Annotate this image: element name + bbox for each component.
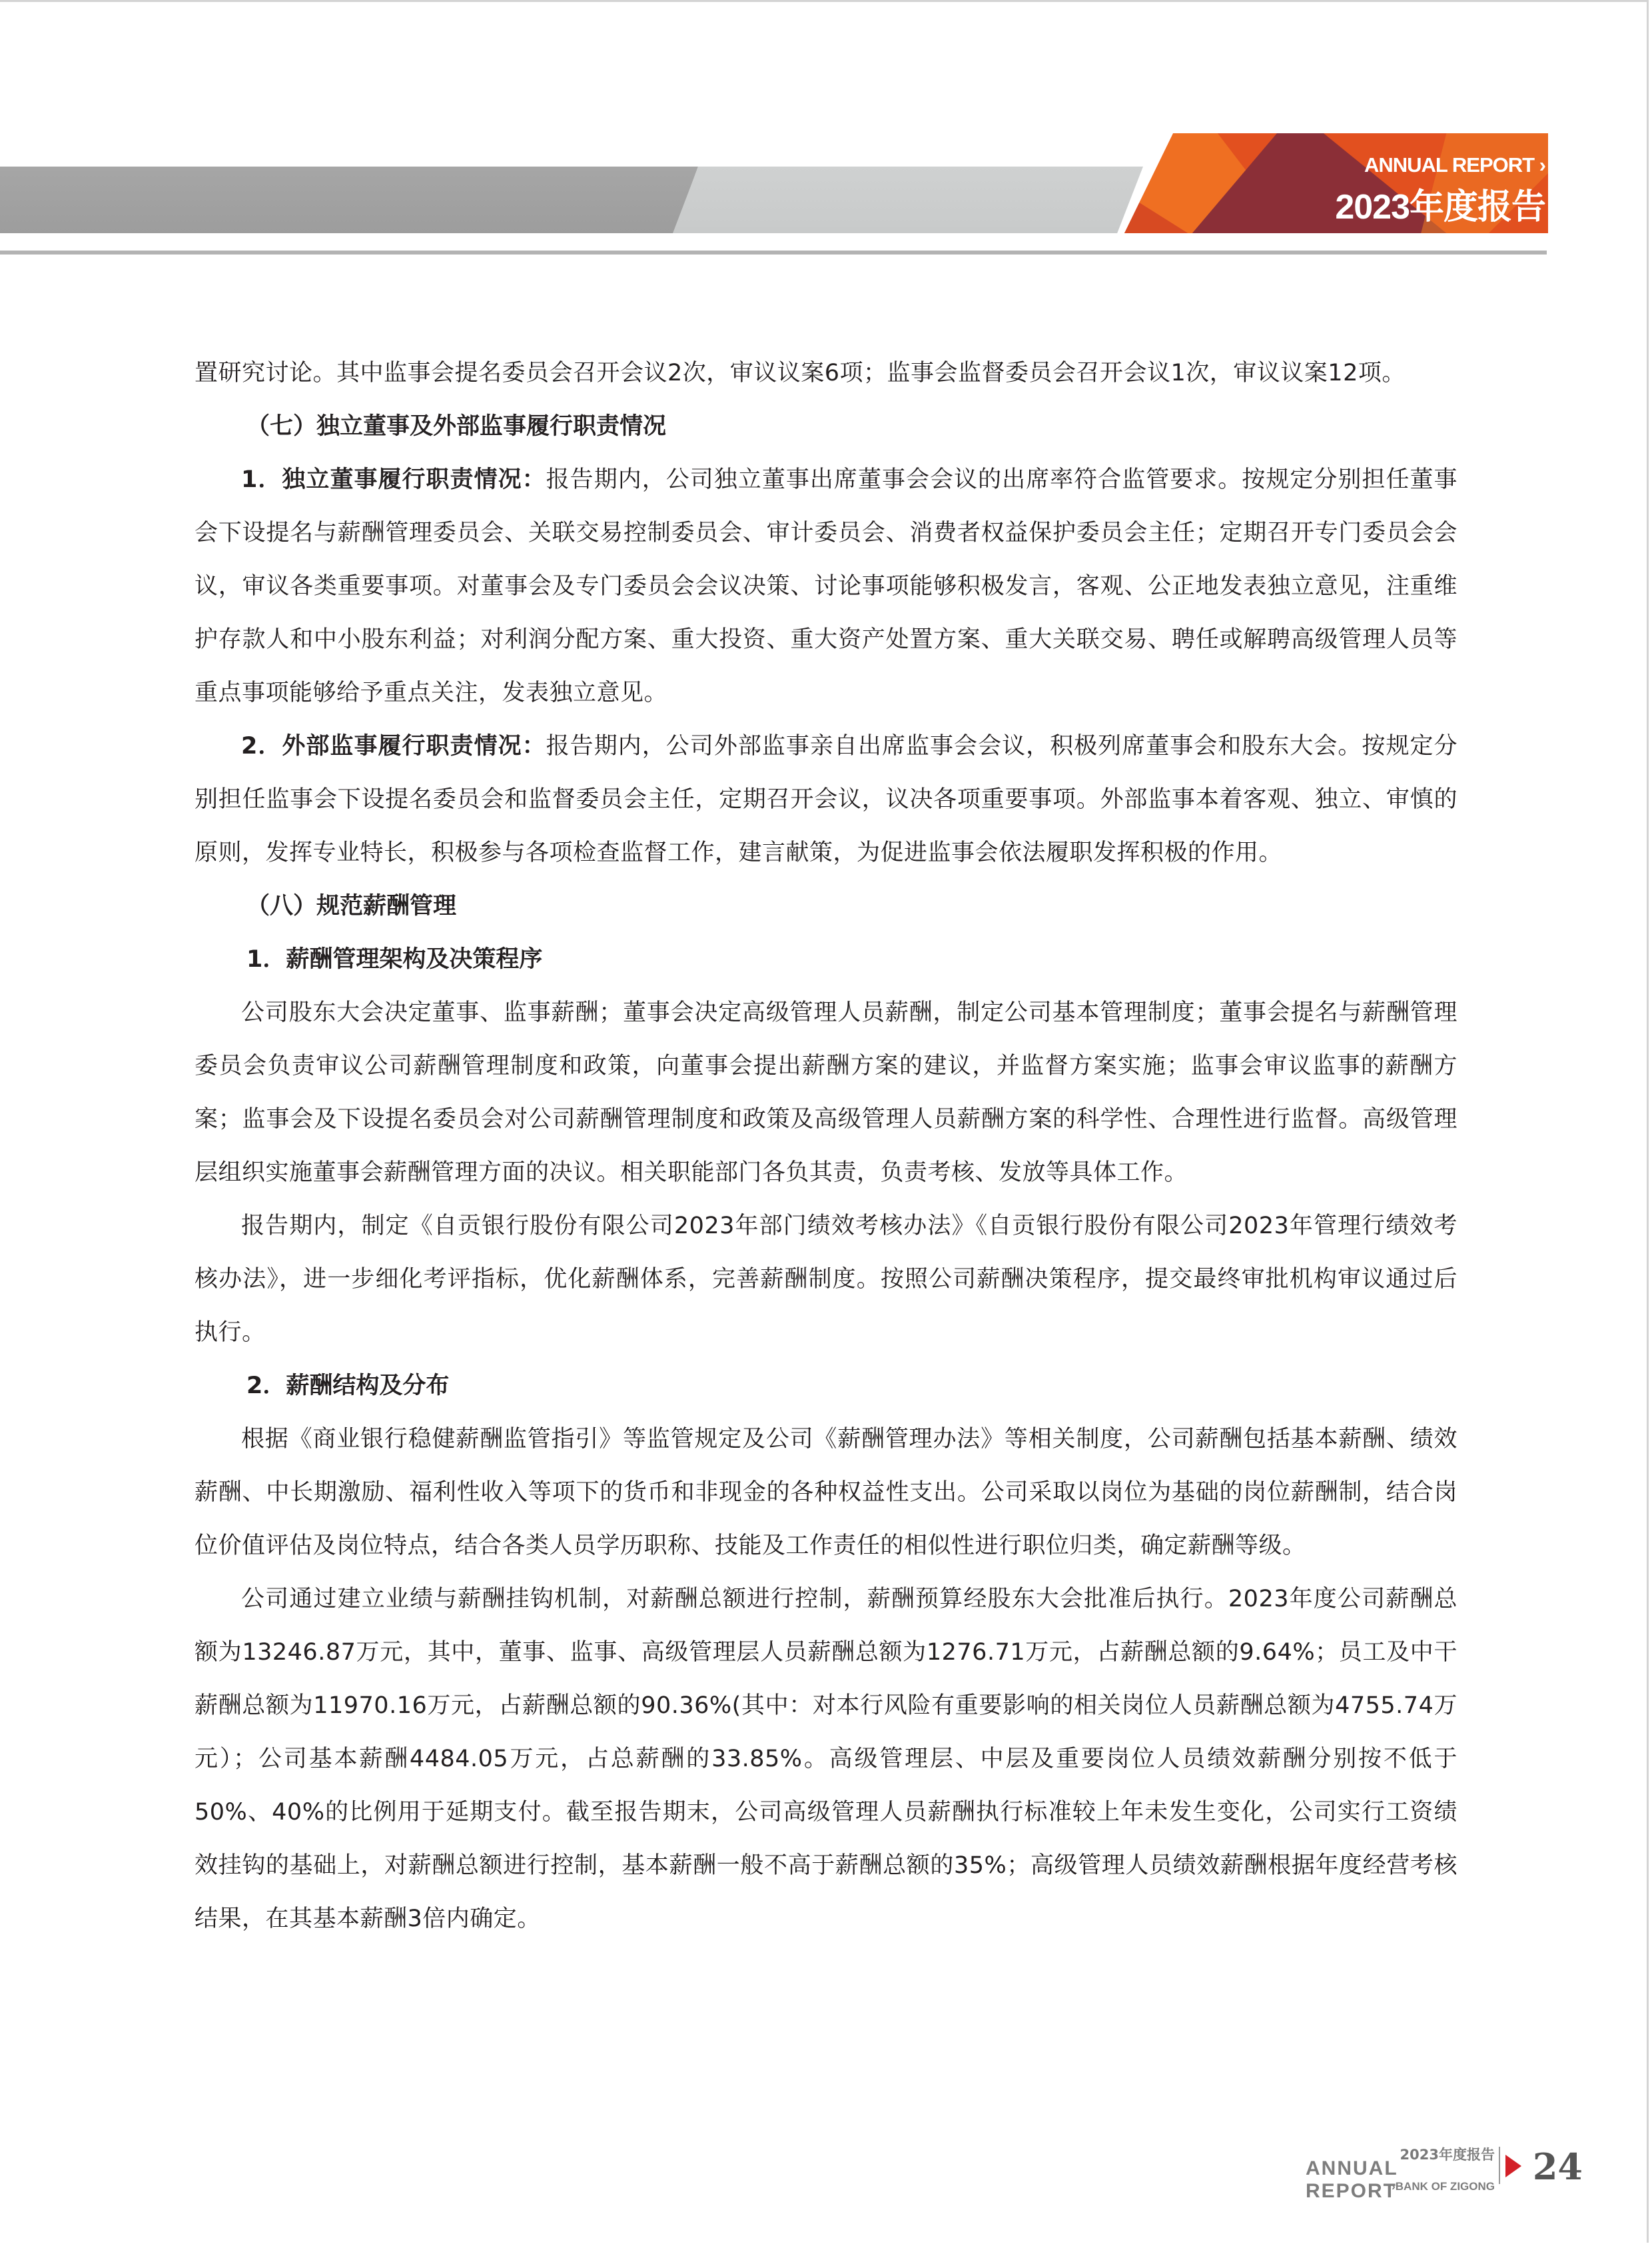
paragraph-compensation-figures: 公司通过建立业绩与薪酬挂钩机制，对薪酬总额进行控制，薪酬预算经股东大会批准后执行… (195, 1572, 1457, 1946)
document-body: 置研究讨论。其中监事会提名委员会召开会议2次，审议议案6项；监事会监督委员会召开… (195, 346, 1457, 1946)
footer-bank-name: ›BANK OF ZIGONG (1392, 2180, 1495, 2193)
paragraph-external-supervisors: 2．外部监事履行职责情况：报告期内，公司外部监事亲自出席监事会会议，积极列席董事… (195, 720, 1457, 879)
page-number: 24 (1533, 2145, 1583, 2188)
paragraph-text: 报告期内，公司独立董事出席董事会会议的出席率符合监管要求。按规定分别担任董事会下… (195, 466, 1457, 706)
paragraph: 置研究讨论。其中监事会提名委员会召开会议2次，审议议案6项；监事会监督委员会召开… (195, 346, 1457, 400)
page-footer: 2023年度报告 ANNUAL REPORT ›BANK OF ZIGONG 2… (1306, 2144, 1585, 2197)
subsection-heading-2: 2．薪酬结构及分布 (195, 1359, 1457, 1412)
paragraph-independent-directors: 1．独立董事履行职责情况：报告期内，公司独立董事出席董事会会议的出席率符合监管要… (195, 453, 1457, 720)
header-en-label: ANNUAL REPORT › (1364, 153, 1545, 177)
subsection-heading-1: 1．薪酬管理架构及决策程序 (195, 933, 1457, 986)
footer-divider (1499, 2147, 1500, 2184)
header-bar-light (673, 167, 1143, 233)
paragraph: 根据《商业银行稳健薪酬监管指引》等监管规定及公司《薪酬管理办法》等相关制度，公司… (195, 1412, 1457, 1572)
paragraph: 公司股东大会决定董事、监事薪酬；董事会决定高级管理人员薪酬，制定公司基本管理制度… (195, 986, 1457, 1199)
paragraph-lead: 1．独立董事履行职责情况： (241, 466, 546, 493)
section-heading-8: （八）规范薪酬管理 (195, 879, 1457, 933)
header-bar-dark (0, 167, 698, 233)
paragraph-lead: 2．外部监事履行职责情况： (241, 733, 546, 760)
header-cn-title: 2023年度报告 (1335, 179, 1545, 229)
section-heading-7: （七）独立董事及外部监事履行职责情况 (195, 400, 1457, 453)
triangle-icon (1505, 2155, 1521, 2177)
paragraph: 报告期内，制定《自贡银行股份有限公司2023年部门绩效考核办法》《自贡银行股份有… (195, 1199, 1457, 1359)
header-divider (0, 251, 1547, 255)
page-header: ANNUAL REPORT › 2023年度报告 (0, 0, 1652, 267)
